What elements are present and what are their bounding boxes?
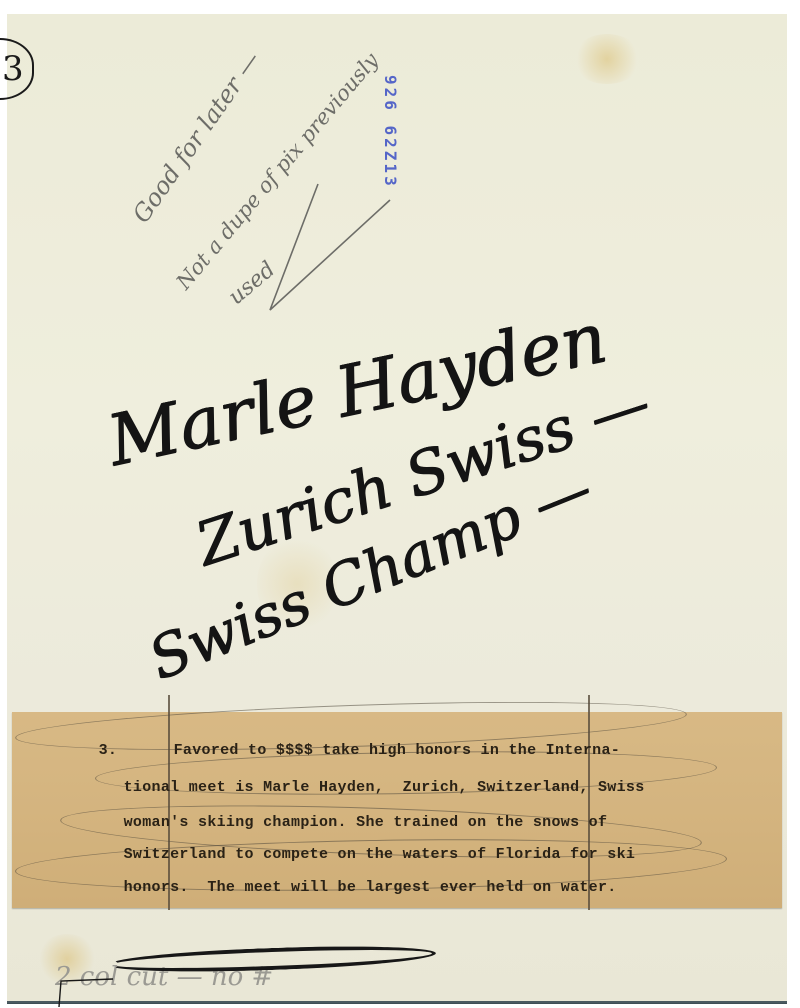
archive-stamp: 926 62Z13: [381, 75, 400, 215]
typed-caption-line-3: woman's skiing champion. She trained on …: [105, 797, 607, 831]
typed-caption-number: 3.: [80, 725, 117, 759]
typed-caption-line-4: Switzerland to compete on the waters of …: [105, 829, 635, 863]
pencil-check-mark: [260, 180, 400, 320]
circled-number-text: 3: [2, 49, 24, 89]
age-stain: [572, 34, 642, 84]
typed-caption-line-2: tional meet is Marle Hayden, Zurich, Swi…: [105, 762, 645, 796]
crayon-strike-hook: [55, 975, 115, 1008]
typed-caption-line-5: honors. The meet will be largest ever he…: [105, 862, 617, 896]
typed-caption-line-1: Favored to $$$$ take high honors in the …: [155, 725, 620, 759]
